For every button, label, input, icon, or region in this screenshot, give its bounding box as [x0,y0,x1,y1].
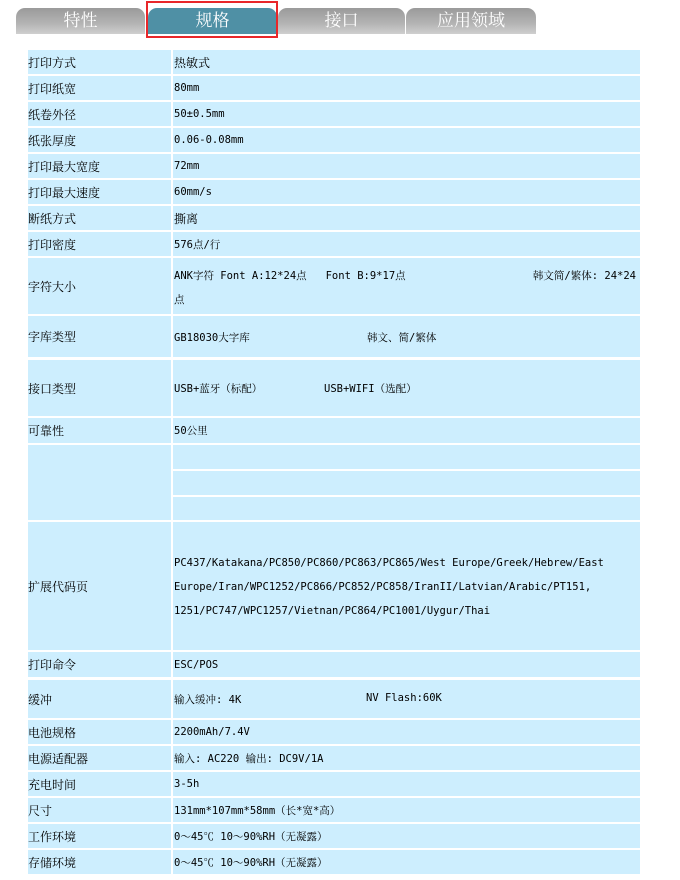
spec-row-redacted [28,445,640,520]
spec-value: 输入: AC220 输出: DC9V/1A [173,746,640,770]
spec-value: 热敏式 [173,50,640,74]
spec-value: 0.06-0.08mm [173,128,640,152]
tab-features[interactable]: 特性 [16,8,145,34]
spec-row-char-size: 字符大小 ANK字符 Font A:12*24点 Font B:9*17点 韩文… [28,258,640,314]
spec-label: 打印最大速度 [28,180,171,204]
tab-bar: 特性 规格 接口 应用领域 [16,8,538,35]
tab-applications[interactable]: 应用领域 [406,8,536,34]
spec-row-adapter: 电源适配器 输入: AC220 输出: DC9V/1A [28,746,640,770]
spec-value: ESC/POS [173,652,640,677]
spec-row-max-print-width: 打印最大宽度 72mm [28,154,640,178]
spec-value: 50公里 [173,418,640,443]
spec-value: 输入缓冲: 4K NV Flash:60K [173,680,640,718]
spec-row-roll-diameter: 纸卷外径 50±0.5mm [28,102,640,126]
spec-label: 存储环境 [28,850,171,874]
spec-value: 撕离 [173,206,640,230]
spec-row-cut-method: 断纸方式 撕离 [28,206,640,230]
tab-specifications[interactable]: 规格 [148,8,277,34]
spec-value: ANK字符 Font A:12*24点 Font B:9*17点 韩文简/繁体:… [173,258,640,314]
spec-label: 尺寸 [28,798,171,822]
spec-value: PC437/Katakana/PC850/PC860/PC863/PC865/W… [173,522,640,650]
spec-value: 2200mAh/7.4V [173,720,640,744]
spec-row-storage-env: 存储环境 0～45℃ 10～90%RH（无凝露） [28,850,640,874]
spec-label: 纸张厚度 [28,128,171,152]
spec-row-charge-time: 充电时间 3-5h [28,772,640,796]
spec-row-print-density: 打印密度 576点/行 [28,232,640,256]
spec-value: 72mm [173,154,640,178]
spec-label: 字库类型 [28,316,171,357]
spec-value: 576点/行 [173,232,640,256]
spec-label-blank [28,445,171,520]
spec-row-operating-env: 工作环境 0～45℃ 10～90%RH（无凝露） [28,824,640,848]
spec-label: 打印命令 [28,652,171,677]
spec-row-paper-width: 打印纸宽 80mm [28,76,640,100]
spec-label: 电源适配器 [28,746,171,770]
spec-label: 打印方式 [28,50,171,74]
spec-row-buffer: 缓冲 输入缓冲: 4K NV Flash:60K [28,680,640,718]
spec-label: 可靠性 [28,418,171,443]
spec-label: 接口类型 [28,360,171,416]
spec-label: 字符大小 [28,258,171,314]
spec-row-reliability: 可靠性 50公里 [28,418,640,443]
spec-subrow-blank [173,471,640,495]
spec-label: 工作环境 [28,824,171,848]
spec-row-max-print-speed: 打印最大速度 60mm/s [28,180,640,204]
spec-row-battery: 电池规格 2200mAh/7.4V [28,720,640,744]
spec-label: 扩展代码页 [28,522,171,650]
spec-value: GB18030大字库 韩文、简/繁体 [173,316,640,357]
spec-row-print-method: 打印方式 热敏式 [28,50,640,74]
spec-value: 50±0.5mm [173,102,640,126]
spec-label: 充电时间 [28,772,171,796]
spec-subrow-blank [173,445,640,469]
spec-label: 缓冲 [28,680,171,718]
spec-value: USB+蓝牙（标配） USB+WIFI（选配） [173,360,640,416]
spec-label: 断纸方式 [28,206,171,230]
tab-interfaces[interactable]: 接口 [278,8,405,34]
spec-label: 打印最大宽度 [28,154,171,178]
spec-row-print-command: 打印命令 ESC/POS [28,652,640,677]
spec-row-code-pages: 扩展代码页 PC437/Katakana/PC850/PC860/PC863/P… [28,522,640,650]
spec-value: 3-5h [173,772,640,796]
spec-label: 电池规格 [28,720,171,744]
spec-label: 打印密度 [28,232,171,256]
spec-label: 打印纸宽 [28,76,171,100]
spec-row-dimensions: 尺寸 131mm*107mm*58mm（长*宽*高） [28,798,640,822]
spec-label: 纸卷外径 [28,102,171,126]
spec-value: 80mm [173,76,640,100]
spec-value: 131mm*107mm*58mm（长*宽*高） [173,798,640,822]
spec-row-interface-type: 接口类型 USB+蓝牙（标配） USB+WIFI（选配） [28,360,640,416]
spec-value: 0～45℃ 10～90%RH（无凝露） [173,850,640,874]
spec-value: 0～45℃ 10～90%RH（无凝露） [173,824,640,848]
spec-subrow-blank [173,497,640,520]
spec-row-font-library: 字库类型 GB18030大字库 韩文、简/繁体 [28,316,640,357]
spec-value: 60mm/s [173,180,640,204]
spec-row-paper-thickness: 纸张厚度 0.06-0.08mm [28,128,640,152]
